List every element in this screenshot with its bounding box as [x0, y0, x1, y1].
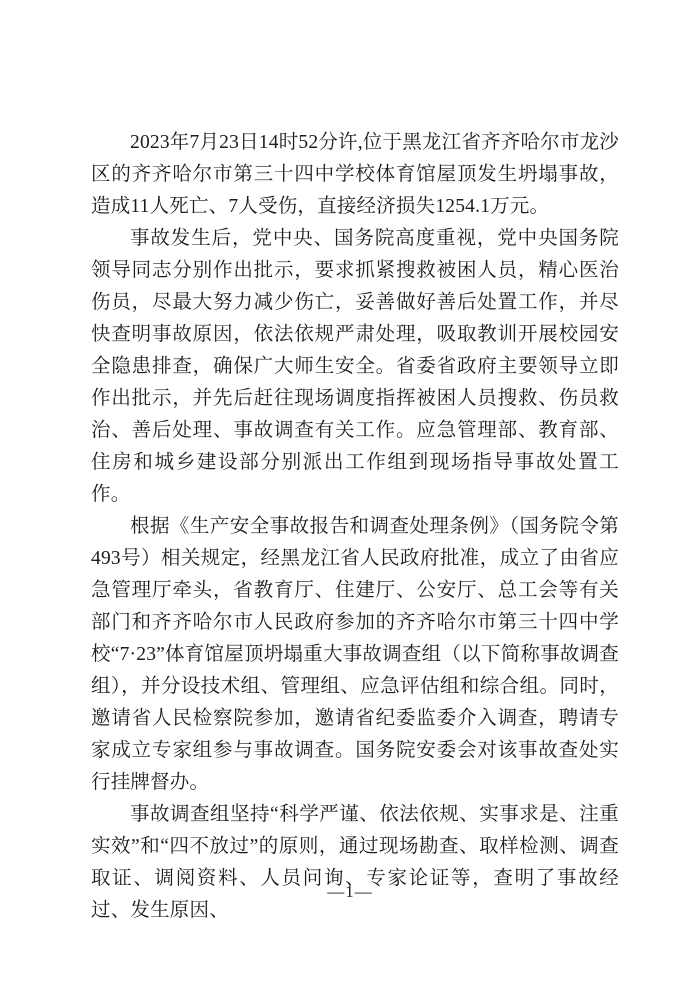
paragraph-investigation-principles: 事故调查组坚持“科学严谨、依法依规、实事求是、注重实效”和“四不放过”的原则，通… [91, 799, 619, 927]
page-number: —1— [0, 881, 700, 903]
report-body: 2023年7月23日14时52分许,位于黑龙江省齐齐哈尔市龙沙区的齐齐哈尔市第三… [91, 127, 619, 927]
report-page: 2023年7月23日14时52分许,位于黑龙江省齐齐哈尔市龙沙区的齐齐哈尔市第三… [0, 0, 700, 989]
paragraph-leadership-response: 事故发生后，党中央、国务院高度重视，党中央国务院领导同志分别作出批示，要求抓紧搜… [91, 223, 619, 511]
paragraph-investigation-team: 根据《生产安全事故报告和调查处理条例》（国务院令第493号）相关规定，经黑龙江省… [91, 511, 619, 799]
paragraph-accident-summary: 2023年7月23日14时52分许,位于黑龙江省齐齐哈尔市龙沙区的齐齐哈尔市第三… [91, 127, 619, 223]
